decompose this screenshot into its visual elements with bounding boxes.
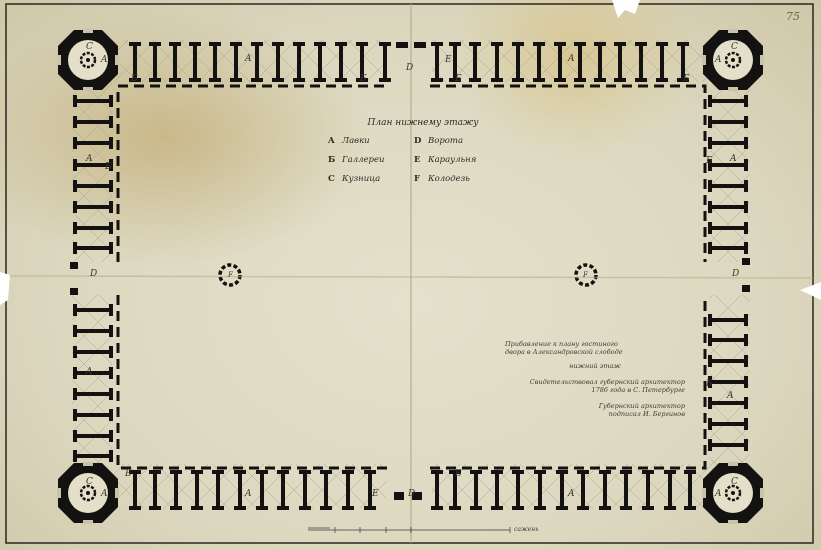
legend-item: CКузница — [328, 174, 408, 184]
label-gallery: Б — [360, 75, 367, 84]
label-gate-left: D — [90, 270, 97, 279]
tower-top-left — [57, 29, 119, 91]
label-shops: A — [568, 55, 575, 64]
label-shops: A — [715, 490, 722, 499]
floor-plan-sheet: D E D D D E A A A A A A A A Б Б Б Б Б Б … — [0, 0, 821, 550]
legend-title: План нижнему этажу — [338, 118, 508, 128]
label-well: F — [583, 271, 588, 280]
label-well: F — [228, 271, 233, 280]
label-shops: A — [568, 490, 575, 499]
legend-item: EКараульня — [414, 155, 494, 165]
label-shops: A — [245, 55, 252, 64]
legend-item: AЛавки — [328, 136, 408, 146]
label-shops: A — [101, 490, 108, 499]
legend-item: БГаллереи — [328, 155, 408, 165]
label-shops: A — [86, 155, 93, 164]
label-shops: A — [101, 56, 108, 65]
tower-bottom-left — [57, 462, 119, 524]
label-smithy: C — [731, 43, 738, 52]
label-smithy: C — [731, 478, 738, 487]
legend: План нижнему этажу AЛавки DВорота БГалле… — [328, 118, 508, 184]
label-gate-top: D — [406, 64, 413, 73]
label-gate-bottom: D — [408, 490, 415, 499]
legend-item: FКолодезь — [414, 174, 494, 184]
label-shops: A — [727, 392, 734, 401]
label-gallery: Б — [131, 75, 138, 84]
label-guardhouse-bottom: E — [372, 490, 379, 499]
label-gate-right: D — [732, 270, 739, 279]
label-shops: A — [715, 56, 722, 65]
scale-bar-label: сажень — [514, 526, 539, 533]
annotation-block: Прибавление к плану гостиного двора в Ал… — [505, 340, 685, 418]
label-gallery: Б — [125, 470, 132, 479]
plan-drawing — [0, 0, 821, 550]
tower-top-right — [702, 29, 764, 91]
label-shops: A — [86, 368, 93, 377]
label-gallery: Б — [455, 75, 462, 84]
label-smithy: C — [86, 478, 93, 487]
label-shops: A — [245, 490, 252, 499]
label-gallery: Б — [683, 75, 690, 84]
label-gallery: Б — [105, 163, 112, 172]
label-guardhouse-top: E — [445, 56, 452, 65]
sheet-number: 75 — [786, 10, 800, 23]
tower-bottom-right — [702, 462, 764, 524]
label-gallery: Б — [706, 157, 713, 166]
label-smithy: C — [86, 43, 93, 52]
label-gallery: Б — [455, 470, 462, 479]
legend-item: DВорота — [414, 136, 494, 146]
label-shops: A — [730, 155, 737, 164]
label-gallery: Б — [706, 380, 713, 389]
